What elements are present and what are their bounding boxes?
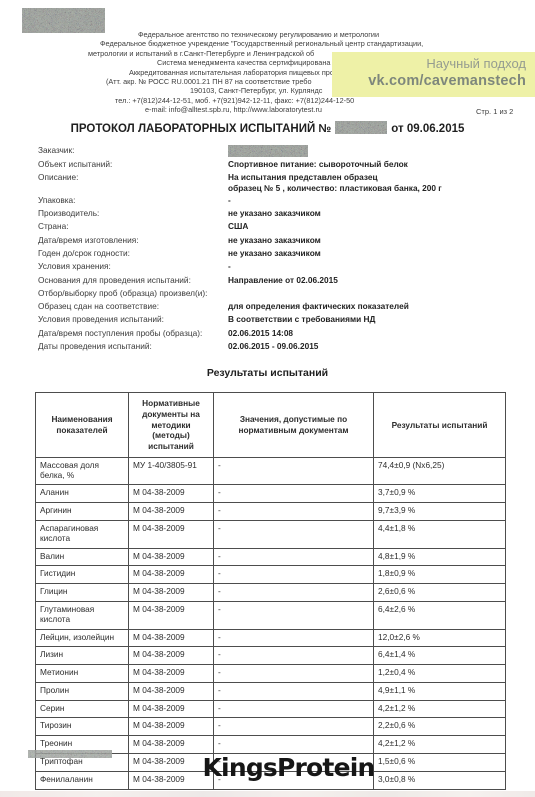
field-label: Даты проведения испытаний: xyxy=(38,341,228,351)
table-row: Массовая доля белка, % МУ 1-40/3805-91 -… xyxy=(36,457,506,485)
cell-allowed-value: - xyxy=(214,700,374,718)
field-row: Объект испытаний: Спортивное питание: сы… xyxy=(38,159,508,172)
cell-method-document: М 04-38-2009 xyxy=(129,548,214,566)
cell-test-result: 12,0±2,6 % xyxy=(374,629,506,647)
org-header-line: Федеральное бюджетное учреждение "Госуда… xyxy=(100,39,535,48)
field-label: Страна: xyxy=(38,221,228,231)
cell-test-result: 6,4±2,6 % xyxy=(374,601,506,629)
table-row: Аланин М 04-38-2009 - 3,7±0,9 % xyxy=(36,485,506,503)
cell-method-document: МУ 1-40/3805-91 xyxy=(129,457,214,485)
cell-method-document: М 04-38-2009 xyxy=(129,700,214,718)
field-value: - xyxy=(228,261,508,273)
scan-artifact-band xyxy=(0,791,535,797)
field-value: В соответствии с требованиями НД xyxy=(228,314,508,326)
cell-indicator-name: Серин xyxy=(36,700,129,718)
field-row: Упаковка: - xyxy=(38,195,508,208)
org-header-line: тел.: +7(812)244-12-51, моб. +7(921)942-… xyxy=(115,96,535,105)
field-row-customer: Заказчик: xyxy=(38,145,508,159)
field-label: Условия хранения: xyxy=(38,261,228,271)
cell-test-result: 6,4±1,4 % xyxy=(374,647,506,665)
cell-allowed-value: - xyxy=(214,629,374,647)
field-row: Производитель: не указано заказчиком xyxy=(38,208,508,221)
cell-test-result: 1,8±0,9 % xyxy=(374,566,506,584)
field-row: Даты проведения испытаний: 02.06.2015 - … xyxy=(38,341,508,354)
page-indicator: Стр. 1 из 2 xyxy=(476,107,513,116)
table-row: Тирозин М 04-38-2009 - 2,2±0,6 % xyxy=(36,718,506,736)
field-label: Дата/время изготовления: xyxy=(38,235,228,245)
column-header-method: Нормативные документы на методики (метод… xyxy=(129,393,214,458)
cell-indicator-name: Массовая доля белка, % xyxy=(36,457,129,485)
column-header-allowed: Значения, допустимые по нормативным доку… xyxy=(214,393,374,458)
cell-indicator-name: Лизин xyxy=(36,647,129,665)
field-row: Образец сдан на соответствие: для опреде… xyxy=(38,301,508,314)
cell-indicator-name: Аланин xyxy=(36,485,129,503)
scanned-document-page: Федеральное агентство по техническому ре… xyxy=(0,0,535,797)
table-row: Пролин М 04-38-2009 - 4,9±1,1 % xyxy=(36,682,506,700)
field-row: Страна: США xyxy=(38,221,508,234)
cell-method-document: М 04-38-2009 xyxy=(129,566,214,584)
table-row: Глицин М 04-38-2009 - 2,6±0,6 % xyxy=(36,584,506,602)
table-row: Гистидин М 04-38-2009 - 1,8±0,9 % xyxy=(36,566,506,584)
cell-allowed-value: - xyxy=(214,647,374,665)
cell-allowed-value: - xyxy=(214,736,374,754)
results-header-row: Наименования показателей Нормативные док… xyxy=(36,393,506,458)
cell-allowed-value: - xyxy=(214,457,374,485)
cell-indicator-name: Тирозин xyxy=(36,718,129,736)
watermark-vk-link: vk.com/cavemanstech xyxy=(332,72,526,90)
field-row: Дата/время изготовления: не указано зака… xyxy=(38,235,508,248)
redacted-customer-name xyxy=(228,145,308,157)
field-label: Условия проведения испытаний: xyxy=(38,314,228,324)
cell-method-document: М 04-38-2009 xyxy=(129,521,214,549)
table-row: Глутаминовая кислота М 04-38-2009 - 6,4±… xyxy=(36,601,506,629)
field-value: 02.06.2015 - 09.06.2015 xyxy=(228,341,508,353)
cell-test-result: 4,9±1,1 % xyxy=(374,682,506,700)
cell-test-result: 9,7±3,9 % xyxy=(374,503,506,521)
table-row: Валин М 04-38-2009 - 4,8±1,9 % xyxy=(36,548,506,566)
field-value: Спортивное питание: сывороточный белок xyxy=(228,159,508,171)
field-row: Условия проведения испытаний: В соответс… xyxy=(38,314,508,327)
field-label: Упаковка: xyxy=(38,195,228,205)
field-value: не указано заказчиком xyxy=(228,235,508,247)
field-label: Годен до/срок годности: xyxy=(38,248,228,258)
field-label: Дата/время поступления пробы (образца): xyxy=(38,328,228,338)
cell-test-result: 74,4±0,9 (Nx6,25) xyxy=(374,457,506,485)
cell-test-result: 4,2±1,2 % xyxy=(374,700,506,718)
org-header-line: Федеральное агентство по техническому ре… xyxy=(138,30,535,39)
field-value: Направление от 02.06.2015 xyxy=(228,275,508,287)
table-row: Аспарагиновая кислота М 04-38-2009 - 4,4… xyxy=(36,521,506,549)
brand-caption: KingsProtein xyxy=(0,753,535,782)
field-label: Отбор/выборку проб (образца) произвел(и)… xyxy=(38,288,228,298)
document-title-prefix: ПРОТОКОЛ ЛАБОРАТОРНЫХ ИСПЫТАНИЙ № xyxy=(71,123,332,135)
field-label: Производитель: xyxy=(38,208,228,218)
cell-indicator-name: Метионин xyxy=(36,665,129,683)
cell-allowed-value: - xyxy=(214,485,374,503)
field-label: Основания для проведения испытаний: xyxy=(38,275,228,285)
document-title: ПРОТОКОЛ ЛАБОРАТОРНЫХ ИСПЫТАНИЙ №от 09.0… xyxy=(0,121,535,135)
field-row: Дата/время поступления пробы (образца): … xyxy=(38,328,508,341)
cell-allowed-value: - xyxy=(214,682,374,700)
field-row: Годен до/срок годности: не указано заказ… xyxy=(38,248,508,261)
field-value xyxy=(228,145,508,159)
field-value: - xyxy=(228,195,508,207)
cell-allowed-value: - xyxy=(214,548,374,566)
field-value: не указано заказчиком xyxy=(228,248,508,260)
cell-test-result: 1,2±0,4 % xyxy=(374,665,506,683)
field-value: США xyxy=(228,221,508,233)
cell-method-document: М 04-38-2009 xyxy=(129,718,214,736)
field-value: На испытания представлен образец образец… xyxy=(228,172,508,195)
table-row: Аргинин М 04-38-2009 - 9,7±3,9 % xyxy=(36,503,506,521)
field-row: Условия хранения: - xyxy=(38,261,508,274)
cell-method-document: М 04-38-2009 xyxy=(129,503,214,521)
cell-method-document: М 04-38-2009 xyxy=(129,682,214,700)
cell-allowed-value: - xyxy=(214,566,374,584)
document-fields: Заказчик: Объект испытаний: Спортивное п… xyxy=(38,145,508,354)
cell-method-document: М 04-38-2009 xyxy=(129,485,214,503)
table-row: Метионин М 04-38-2009 - 1,2±0,4 % xyxy=(36,665,506,683)
field-value: для определения фактических показателей xyxy=(228,301,508,313)
cell-method-document: М 04-38-2009 xyxy=(129,584,214,602)
field-value: 02.06.2015 14:08 xyxy=(228,328,508,340)
cell-allowed-value: - xyxy=(214,601,374,629)
field-row: Отбор/выборку проб (образца) произвел(и)… xyxy=(38,288,508,301)
table-row: Лейцин, изолейцин М 04-38-2009 - 12,0±2,… xyxy=(36,629,506,647)
table-row: Серин М 04-38-2009 - 4,2±1,2 % xyxy=(36,700,506,718)
table-row: Лизин М 04-38-2009 - 6,4±1,4 % xyxy=(36,647,506,665)
watermark-title: Научный подход xyxy=(332,56,526,72)
cell-allowed-value: - xyxy=(214,665,374,683)
cell-test-result: 4,8±1,9 % xyxy=(374,548,506,566)
cell-allowed-value: - xyxy=(214,718,374,736)
cell-method-document: М 04-38-2009 xyxy=(129,629,214,647)
results-table-header: Наименования показателей Нормативные док… xyxy=(36,393,506,458)
column-header-name: Наименования показателей xyxy=(36,393,129,458)
cell-test-result: 4,4±1,8 % xyxy=(374,521,506,549)
cell-test-result: 2,2±0,6 % xyxy=(374,718,506,736)
cell-method-document: М 04-38-2009 xyxy=(129,601,214,629)
cell-allowed-value: - xyxy=(214,503,374,521)
redacted-protocol-number xyxy=(335,121,387,134)
field-row: Описание: На испытания представлен образ… xyxy=(38,172,508,195)
field-label: Заказчик: xyxy=(38,145,228,155)
cell-allowed-value: - xyxy=(214,584,374,602)
field-row: Основания для проведения испытаний: Напр… xyxy=(38,275,508,288)
cell-indicator-name: Пролин xyxy=(36,682,129,700)
cell-method-document: М 04-38-2009 xyxy=(129,647,214,665)
cell-method-document: М 04-38-2009 xyxy=(129,665,214,683)
cell-indicator-name: Аргинин xyxy=(36,503,129,521)
cell-allowed-value: - xyxy=(214,521,374,549)
field-label: Образец сдан на соответствие: xyxy=(38,301,228,311)
column-header-result: Результаты испытаний xyxy=(374,393,506,458)
cell-indicator-name: Лейцин, изолейцин xyxy=(36,629,129,647)
document-title-date: от 09.06.2015 xyxy=(391,123,464,135)
field-label: Объект испытаний: xyxy=(38,159,228,169)
field-label: Описание: xyxy=(38,172,228,182)
cell-indicator-name: Аспарагиновая кислота xyxy=(36,521,129,549)
cell-test-result: 3,7±0,9 % xyxy=(374,485,506,503)
cell-indicator-name: Валин xyxy=(36,548,129,566)
watermark-overlay: Научный подход vk.com/cavemanstech xyxy=(332,52,535,97)
cell-indicator-name: Глицин xyxy=(36,584,129,602)
cell-indicator-name: Гистидин xyxy=(36,566,129,584)
cell-indicator-name: Глутаминовая кислота xyxy=(36,601,129,629)
field-value: не указано заказчиком xyxy=(228,208,508,220)
cell-test-result: 4,2±1,2 % xyxy=(374,736,506,754)
cell-method-document: М 04-38-2009 xyxy=(129,736,214,754)
results-table: Наименования показателей Нормативные док… xyxy=(35,392,506,790)
results-table-body: Массовая доля белка, % МУ 1-40/3805-91 -… xyxy=(36,457,506,789)
results-section-title: Результаты испытаний xyxy=(0,367,535,379)
cell-test-result: 2,6±0,6 % xyxy=(374,584,506,602)
